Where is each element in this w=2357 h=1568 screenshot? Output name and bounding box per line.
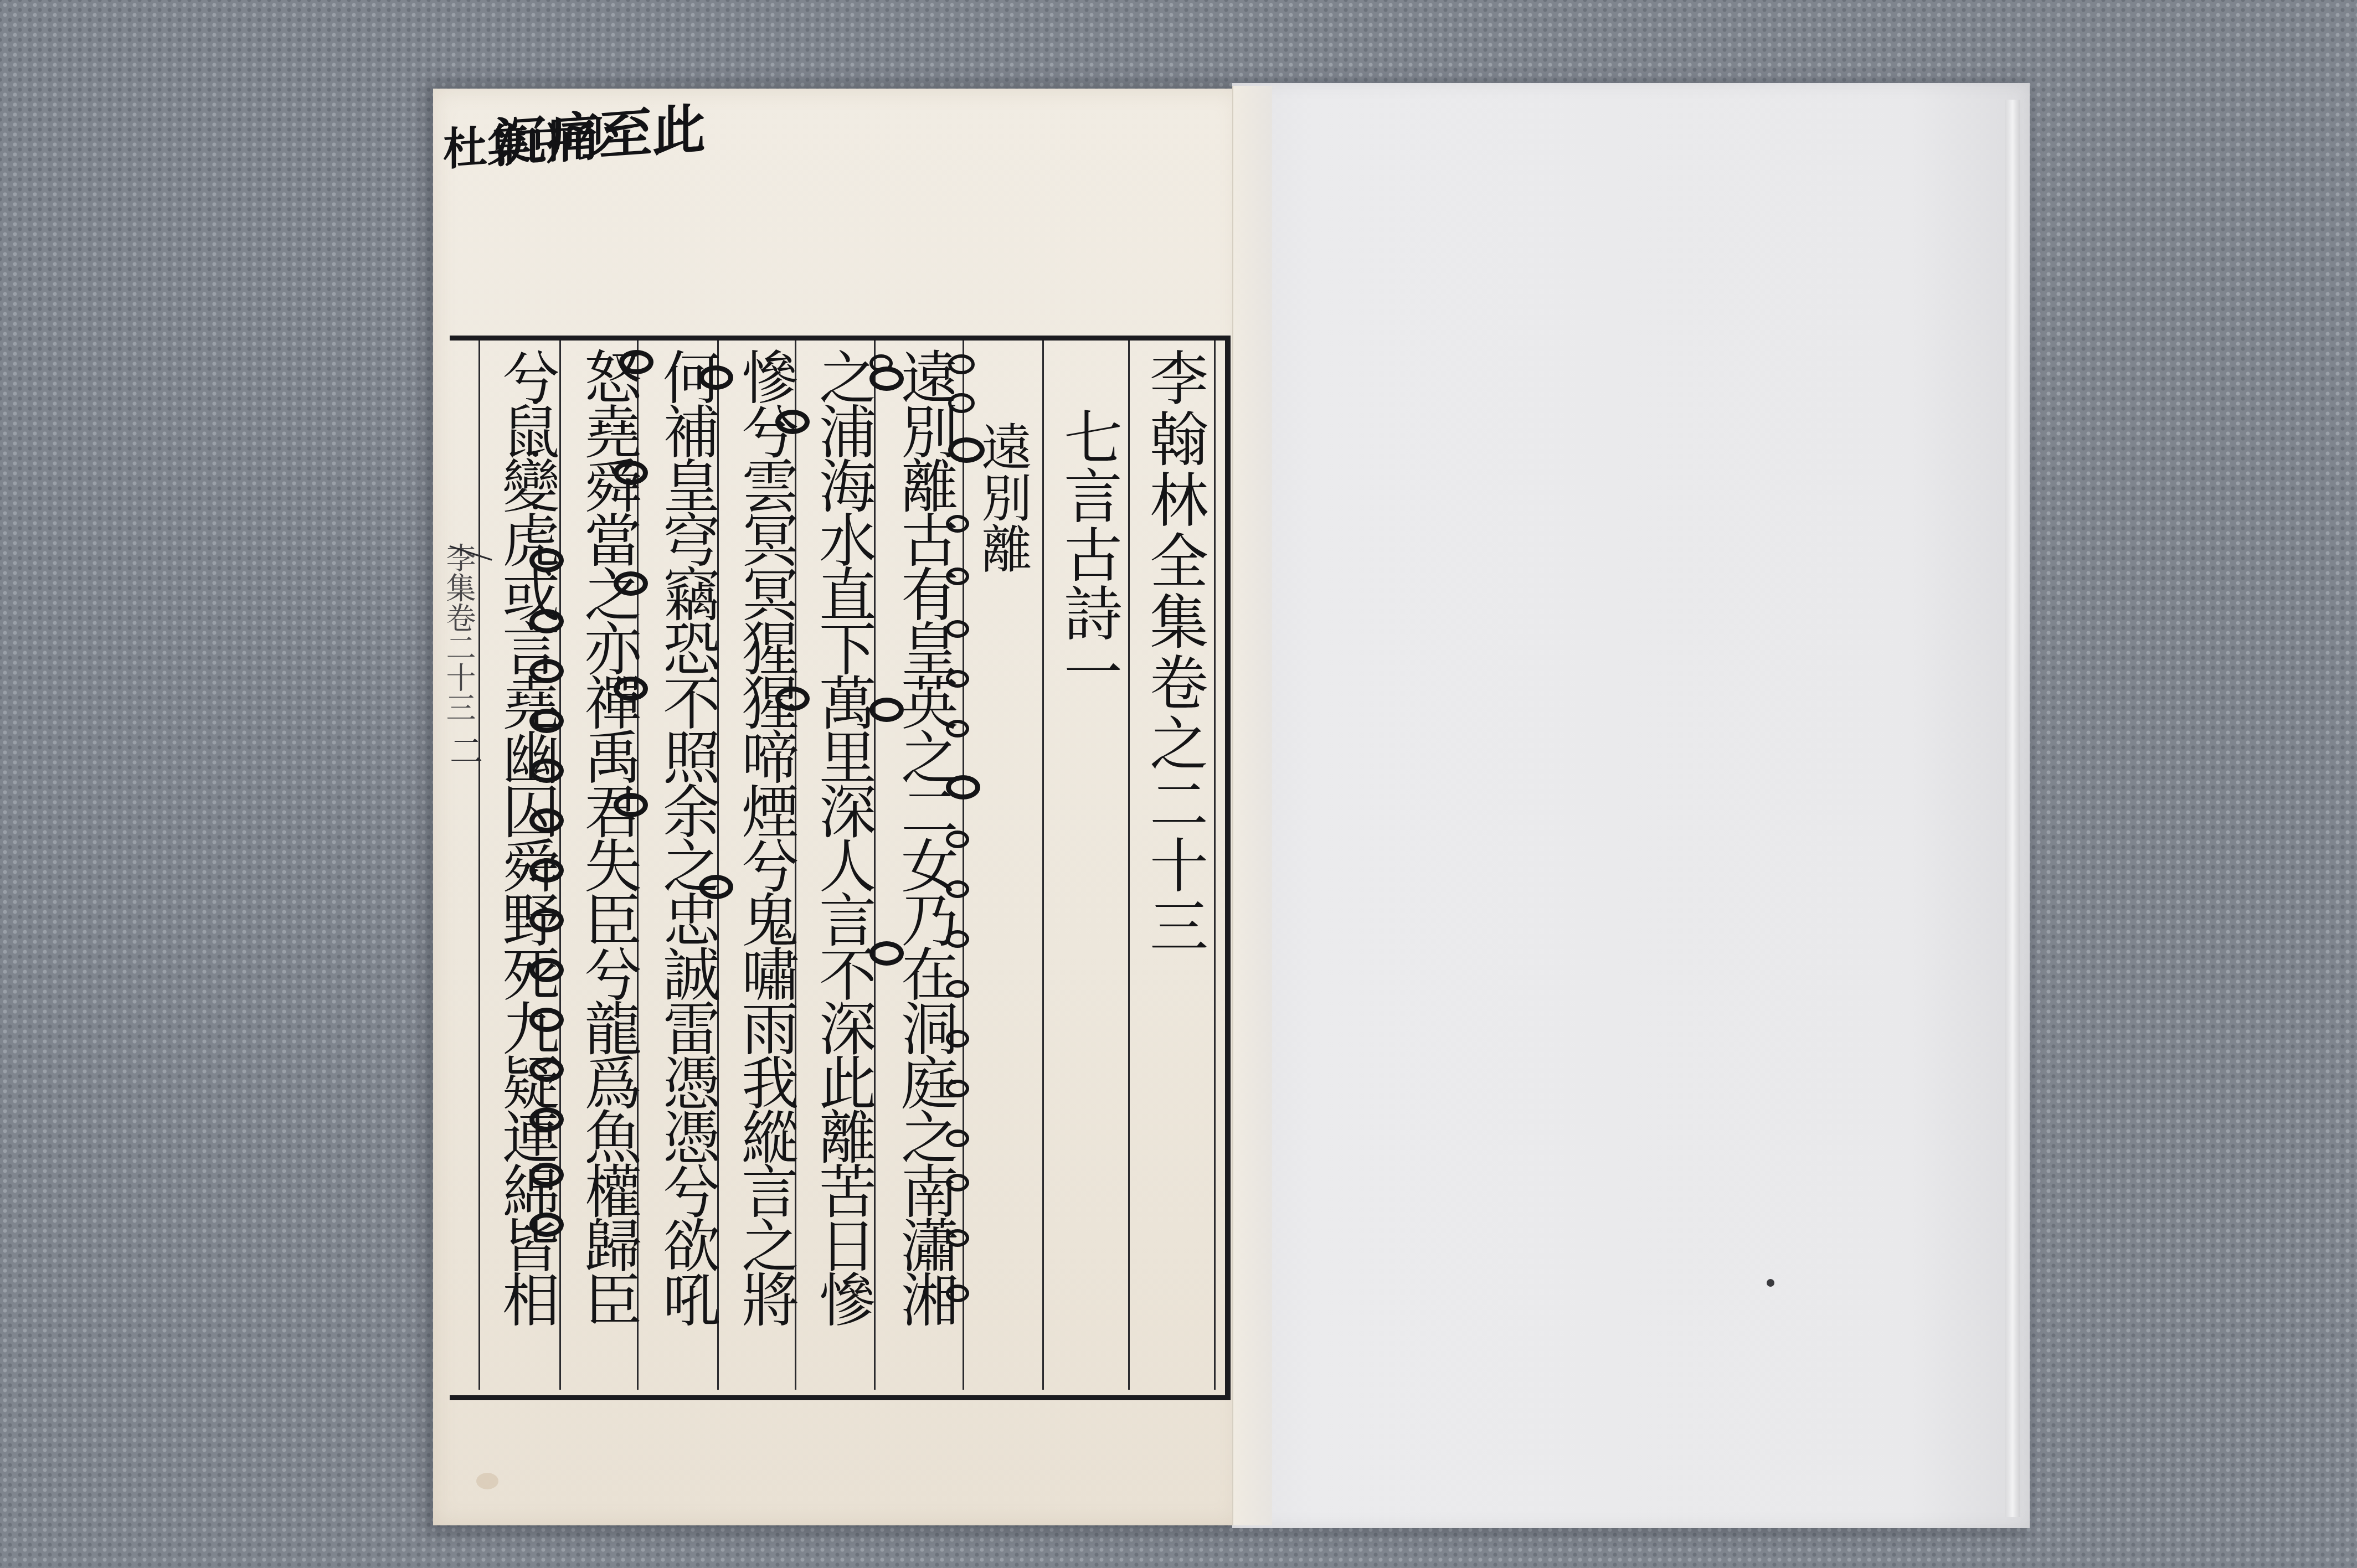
- paper-speck: [1767, 1279, 1774, 1287]
- column-divider: [478, 341, 480, 1390]
- fold-margin-text: 李集卷二十三: [442, 543, 475, 722]
- column-divider: [1214, 341, 1216, 1390]
- paper-stain: [476, 1473, 498, 1489]
- poem-column-5: 怒堯舜當之亦禪禹君失臣兮龍爲魚權歸臣: [569, 348, 647, 1324]
- book-gutter: [1232, 86, 1272, 1525]
- page-edge: [2005, 100, 2020, 1517]
- right-blank-page: [1232, 83, 2030, 1528]
- poem-column-3: 慘兮雲冥冥猩猩啼煙兮鬼嘯雨我縱言之將: [727, 348, 804, 1324]
- book-title-column: 李翰林全集卷之二十三: [1135, 348, 1213, 957]
- column-divider: [1042, 341, 1044, 1390]
- poem-column-4: 何補皇穹竊恐不照余之忠誠雷憑憑兮欲吼: [648, 348, 725, 1324]
- fold-page-number: 二: [450, 725, 483, 773]
- column-divider: [1128, 341, 1130, 1390]
- fold-title: 李集卷二十三: [442, 543, 475, 722]
- poem-column-2: 之浦海水直下萬里深人言不深此離苦日慘: [804, 348, 882, 1324]
- section-title-column: 七言古詩一: [1049, 407, 1127, 700]
